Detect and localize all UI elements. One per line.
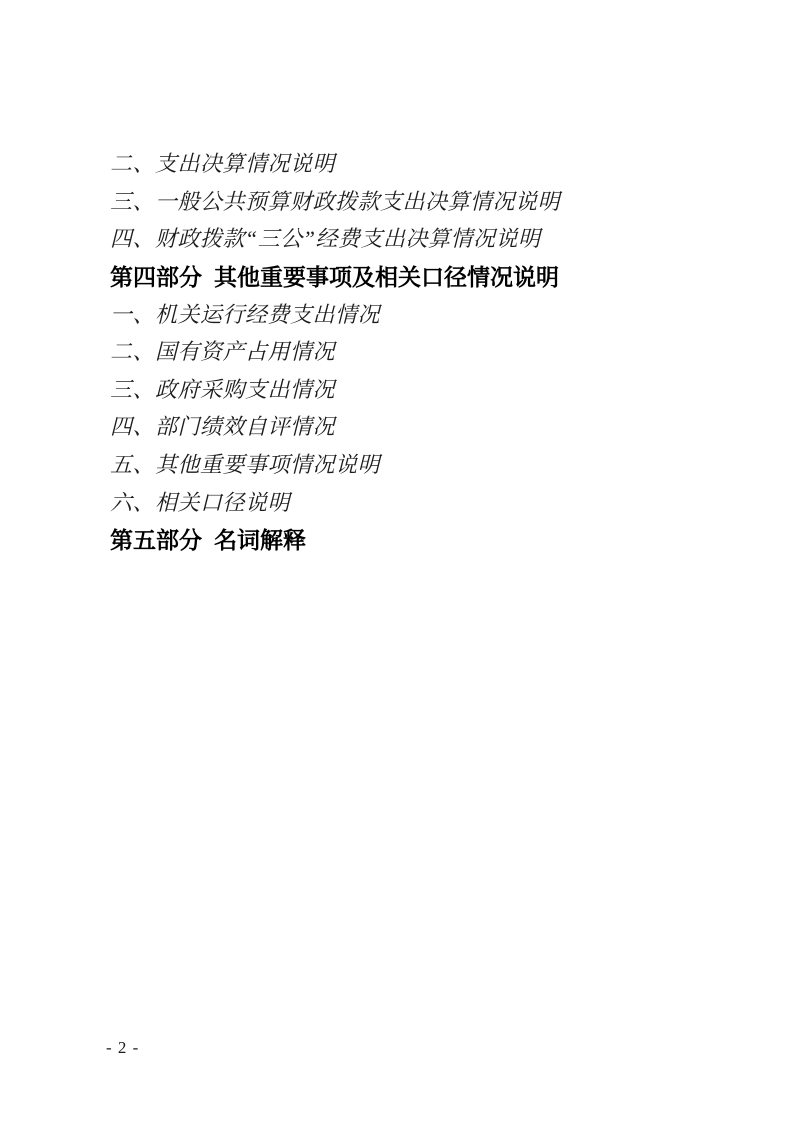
part-title: 名词解释 <box>214 522 306 555</box>
toc-item: 五、其他重要事项情况说明 <box>110 445 690 483</box>
toc-part-heading: 第四部分 其他重要事项及相关口径情况说明 <box>110 257 690 295</box>
toc-item: 一、机关运行经费支出情况 <box>110 294 690 332</box>
toc-item: 三、政府采购支出情况 <box>110 370 690 408</box>
toc-item: 四、部门绩效自评情况 <box>110 407 690 445</box>
part-label: 第四部分 <box>110 259 202 292</box>
part-label: 第五部分 <box>110 522 202 555</box>
table-of-contents: 二、支出决算情况说明 三、一般公共预算财政拨款支出决算情况说明 四、财政拨款“三… <box>110 144 690 558</box>
document-page: 二、支出决算情况说明 三、一般公共预算财政拨款支出决算情况说明 四、财政拨款“三… <box>0 0 793 1122</box>
toc-item: 四、财政拨款“三公”经费支出决算情况说明 <box>110 219 690 257</box>
toc-part-heading: 第五部分 名词解释 <box>110 520 690 558</box>
page-number: - 2 - <box>106 1038 139 1058</box>
part-title: 其他重要事项及相关口径情况说明 <box>214 259 559 292</box>
toc-item: 二、支出决算情况说明 <box>110 144 690 182</box>
toc-item: 二、国有资产占用情况 <box>110 332 690 370</box>
toc-item: 三、一般公共预算财政拨款支出决算情况说明 <box>110 182 690 220</box>
toc-item: 六、相关口径说明 <box>110 482 690 520</box>
